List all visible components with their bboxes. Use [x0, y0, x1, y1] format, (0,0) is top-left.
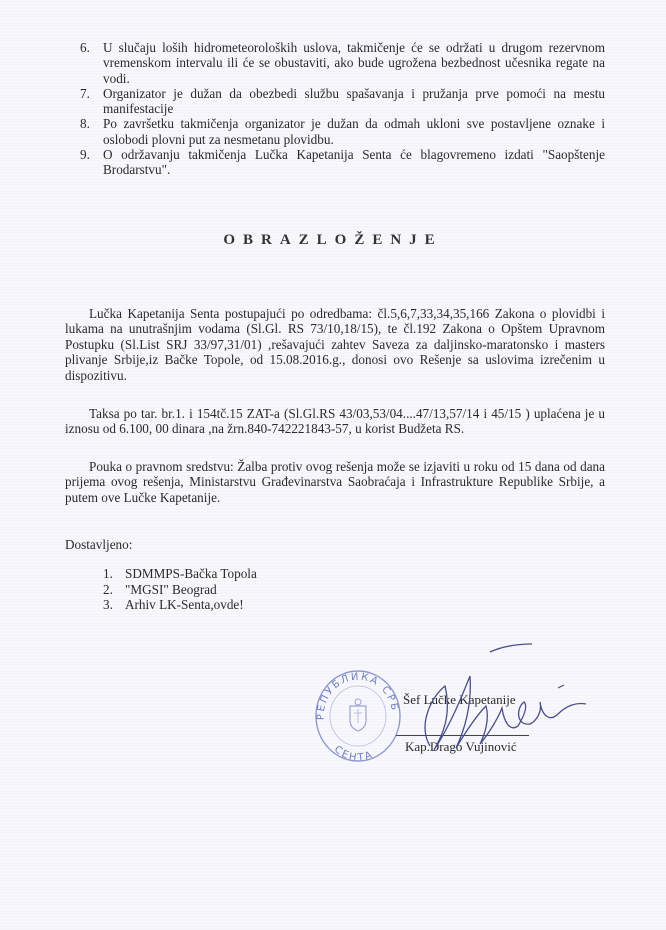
delivered-label: Dostavljeno:	[65, 537, 132, 553]
list-item: 2. "MGSI" Beograd	[103, 582, 257, 598]
document-page: 6. U slučaju loših hidrometeoroloških us…	[0, 0, 666, 930]
list-item: 8. Po završetku takmičenja organizator j…	[80, 116, 605, 147]
svg-text:РЕПУБЛИКА СРБИЈА: РЕПУБЛИКА СРБИЈА	[312, 668, 400, 720]
paragraph-appeal-notice: Pouka o pravnom sredstvu: Žalba protiv o…	[65, 459, 605, 505]
svg-text:СЕНТА: СЕНТА	[332, 744, 376, 764]
list-item: 7. Organizator je dužan da obezbedi služ…	[80, 86, 605, 117]
stamp-bottom-text: СЕНТА	[332, 744, 376, 764]
list-item: 1. SDMMPS-Bačka Topola	[103, 566, 257, 582]
section-heading: OBRAZLOŽENJE	[0, 232, 666, 249]
decision-items-list: 6. U slučaju loših hidrometeoroloških us…	[80, 40, 605, 178]
paragraph-fee: Taksa po tar. br.1. i 154tč.15 ZAT-a (Sl…	[65, 406, 605, 437]
delivered-list: 1. SDMMPS-Bačka Topola 2. "MGSI" Beograd…	[103, 566, 257, 613]
paragraph-legal-basis: Lučka Kapetanija Senta postupajući po od…	[65, 306, 605, 383]
list-item: 3. Arhiv LK-Senta,ovde!	[103, 597, 257, 613]
list-item: 9. O održavanju takmičenja Lučka Kapetan…	[80, 147, 605, 178]
official-stamp: РЕПУБЛИКА СРБИЈА СЕНТА	[312, 668, 402, 764]
stamp-outer-text: РЕПУБЛИКА СРБИЈА	[312, 668, 400, 720]
coat-of-arms-icon	[350, 699, 366, 731]
list-item: 6. U slučaju loših hidrometeoroloških us…	[80, 40, 605, 86]
handwritten-signature	[390, 636, 600, 766]
